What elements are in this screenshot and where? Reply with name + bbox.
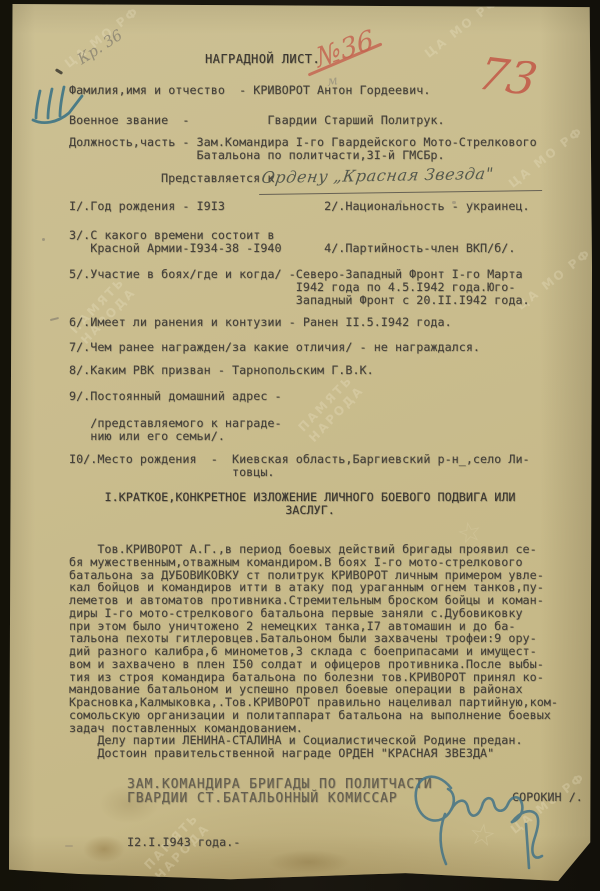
signer-titles: ЗАМ.КОМАНДИРА БРИГАДЫ ПО ПОЛИТЧАСТИ ГВАР… (127, 778, 432, 806)
page-title: НАГРАДНОЙ ЛИСТ. (205, 53, 320, 66)
date-line: I2.I.I943 года.- (127, 836, 240, 849)
pencil-small-letter: м (326, 73, 339, 90)
field-name-line: Фамилия,имя и отчество - КРИВОРОТ Антон … (69, 84, 430, 97)
award-underline (259, 172, 542, 195)
signature-sorokin (407, 762, 579, 872)
pencil-dash (65, 845, 73, 847)
pencil-dot (399, 200, 402, 203)
pencil-dot (471, 202, 474, 205)
ink-flick-mark (55, 68, 63, 75)
item-service-party: 3/.С какого времени состоит в Красной Ар… (69, 229, 515, 255)
item-drafted-by: 8/.Каким РВК призван - Тарнопольским Г.В… (69, 364, 374, 377)
presented-for-label: Представляется к (161, 172, 274, 185)
pencil-dot (452, 201, 456, 204)
section-header: I.КРАТКОЕ,КОНКРЕТНОЕ ИЗЛОЖЕНИЕ ЛИЧНОГО Б… (79, 491, 541, 517)
item-combat-participation: 5/.Участие в боях/где и когда/ -Северо-З… (69, 268, 530, 306)
item-previous-awards: 7/.Чем ранее награжден/за какие отличия/… (69, 341, 480, 354)
item-home-address: 9/.Постоянный домашний адрес - (69, 390, 282, 403)
signature-name-text: Сорокин (9, 4, 10, 5)
field-rank-line: Военное звание - Гвардии Старший Политру… (69, 114, 445, 127)
memory-watermark: ПАМЯТЬ НАРОДА (295, 372, 367, 445)
citation-body: Тов.КРИВОРОТ А.Г.,в период боевых действ… (69, 543, 558, 760)
item-birthyear-nationality: I/.Год рождения - I9I3 2/.Национальность… (69, 200, 530, 213)
item-birthplace: I0/.Место рождения - Киевская область,Ба… (69, 453, 530, 479)
red-page-number: 73 (473, 47, 542, 106)
paper-sheet: ЦА МО РФ ЦА МО РФ ЦА МО РФ ПАМЯТЬ НАРОДА… (9, 4, 592, 881)
blue-initial-text: Ш (9, 4, 10, 5)
blue-initial-mark (29, 80, 87, 134)
scanned-award-sheet-photo: ЦА МО РФ ЦА МО РФ ЦА МО РФ ПАМЯТЬ НАРОДА… (0, 0, 600, 891)
pencil-tick (50, 317, 59, 321)
item-home-address-note: /представляемого к награде- нию или его … (69, 417, 282, 443)
field-position-line: Должность,часть - Зам.Командира I-го Гва… (69, 136, 537, 162)
pencil-dot (42, 238, 45, 241)
item-wounds: 6/.Имеет ли ранения и контузии - Ранен I… (69, 316, 452, 329)
